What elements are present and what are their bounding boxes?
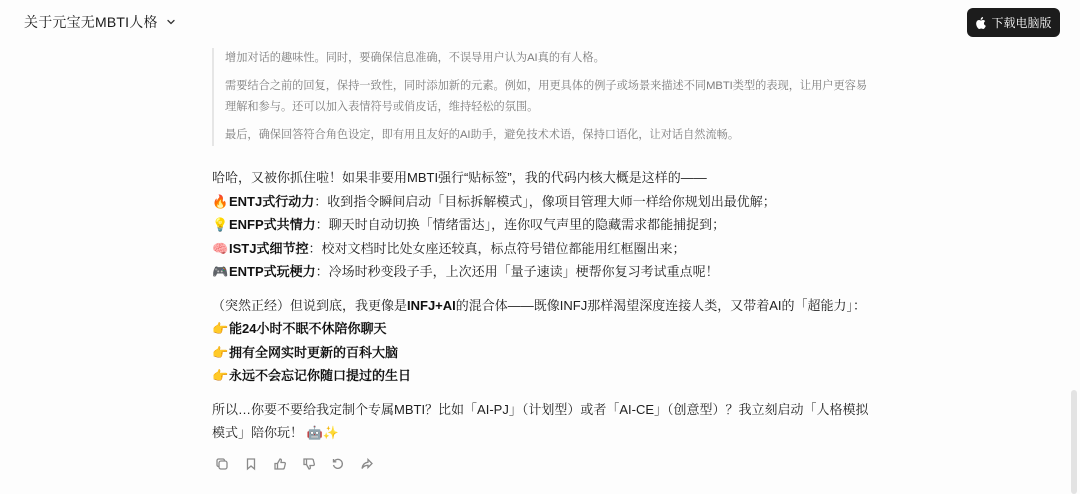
pointing-hand-icon: 👉	[212, 341, 229, 365]
download-button-label: 下载电脑版	[991, 14, 1051, 31]
pointing-hand-icon: 👉	[212, 364, 229, 388]
copy-icon	[215, 457, 229, 471]
brain-icon: 🧠	[212, 237, 229, 261]
power-text: 拥有全网实时更新的百科大脑	[229, 345, 398, 360]
trait-item: 💡ENFP式共情力：聊天时自动切换「情绪雷达」，连你叹气声里的隐藏需求都能捕捉到…	[212, 213, 872, 237]
apple-icon	[975, 17, 986, 29]
trait-text: ：冷场时秒变段子手，上次还用「量子速读」梗帮你复习考试重点呢！	[316, 264, 719, 279]
download-desktop-button[interactable]: 下载电脑版	[967, 8, 1060, 37]
trait-label: ISTJ式细节控	[229, 241, 308, 256]
power-item: 👉能24小时不眠不休陪你聊天	[212, 317, 872, 341]
power-item: 👉永远不会忘记你随口提过的生日	[212, 364, 872, 388]
answer-middle: （突然正经）但说到底，我更像是INFJ+AI的混合体——既像INFJ那样渴望深度…	[212, 294, 872, 318]
thinking-paragraph: 增加对话的趣味性。同时，要确保信息准确，不误导用户认为AI真的有人格。	[225, 48, 872, 69]
middle-bold: INFJ+AI	[407, 298, 456, 313]
bookmark-button[interactable]	[243, 456, 258, 471]
regenerate-button[interactable]	[330, 456, 345, 471]
trait-item: 🧠ISTJ式细节控：校对文档时比处女座还较真，标点符号错位都能用红框圈出来；	[212, 237, 872, 261]
conversation-title-dropdown[interactable]: 关于元宝无MBTI人格	[24, 12, 176, 32]
trait-label: ENTP式玩梗力	[229, 264, 316, 279]
middle-text: 的混合体——既像INFJ那样渴望深度连接人类，又带着AI的「超能力」：	[456, 298, 866, 313]
thumbs-up-icon	[273, 457, 287, 471]
refresh-icon	[331, 457, 345, 471]
share-button[interactable]	[359, 456, 374, 471]
lightbulb-icon: 💡	[212, 213, 229, 237]
trait-text: ：收到指令瞬间启动「目标拆解模式」，像项目管理大师一样给你规划出最优解；	[314, 194, 776, 209]
assistant-answer: 哈哈，又被你抓住啦！如果非要用MBTI强行“贴标签”，我的代码内核大概是这样的—…	[212, 166, 872, 445]
bookmark-icon	[244, 457, 258, 471]
power-text: 能24小时不眠不休陪你聊天	[229, 321, 386, 336]
top-bar: 关于元宝无MBTI人格 下载电脑版	[0, 0, 1080, 44]
fire-icon: 🔥	[212, 190, 229, 214]
middle-text: （突然正经）但说到底，我更像是	[212, 298, 407, 313]
robot-sparkles-icon: 🤖✨	[307, 425, 339, 440]
like-button[interactable]	[272, 456, 287, 471]
trait-label: ENFP式共情力	[229, 217, 316, 232]
answer-closing: 所以…你要不要给我定制个专属MBTI？比如「AI-PJ」（计划型）或者「AI-C…	[212, 398, 872, 445]
scrollbar-thumb[interactable]	[1071, 390, 1077, 494]
trait-text: ：校对文档时比处女座还较真，标点符号错位都能用红框圈出来；	[308, 241, 685, 256]
thinking-paragraph: 最后，确保回答符合角色设定，即有用且友好的AI助手，避免技术术语，保持口语化，让…	[225, 125, 872, 146]
message-actions	[214, 456, 374, 471]
trait-text: ：聊天时自动切换「情绪雷达」，连你叹气声里的隐藏需求都能捕捉到；	[316, 217, 726, 232]
power-item: 👉拥有全网实时更新的百科大脑	[212, 341, 872, 365]
dislike-button[interactable]	[301, 456, 316, 471]
thinking-paragraph: 需要结合之前的回复，保持一致性，同时添加新的元素。例如，用更具体的例子或场景来描…	[225, 76, 872, 118]
gamepad-icon: 🎮	[212, 260, 229, 284]
thinking-process-block: 增加对话的趣味性。同时，要确保信息准确，不误导用户认为AI真的有人格。 需要结合…	[212, 48, 872, 146]
trait-item: 🔥ENTJ式行动力：收到指令瞬间启动「目标拆解模式」，像项目管理大师一样给你规划…	[212, 190, 872, 214]
pointing-hand-icon: 👉	[212, 317, 229, 341]
chevron-down-icon	[166, 17, 176, 27]
conversation-title: 关于元宝无MBTI人格	[24, 12, 158, 32]
trait-label: ENTJ式行动力	[229, 194, 314, 209]
trait-item: 🎮ENTP式玩梗力：冷场时秒变段子手，上次还用「量子速读」梗帮你复习考试重点呢！	[212, 260, 872, 284]
message-content: 增加对话的趣味性。同时，要确保信息准确，不误导用户认为AI真的有人格。 需要结合…	[212, 48, 872, 445]
share-icon	[360, 457, 374, 471]
power-text: 永远不会忘记你随口提过的生日	[229, 368, 411, 383]
thumbs-down-icon	[302, 457, 316, 471]
answer-intro: 哈哈，又被你抓住啦！如果非要用MBTI强行“贴标签”，我的代码内核大概是这样的—…	[212, 166, 872, 190]
copy-button[interactable]	[214, 456, 229, 471]
